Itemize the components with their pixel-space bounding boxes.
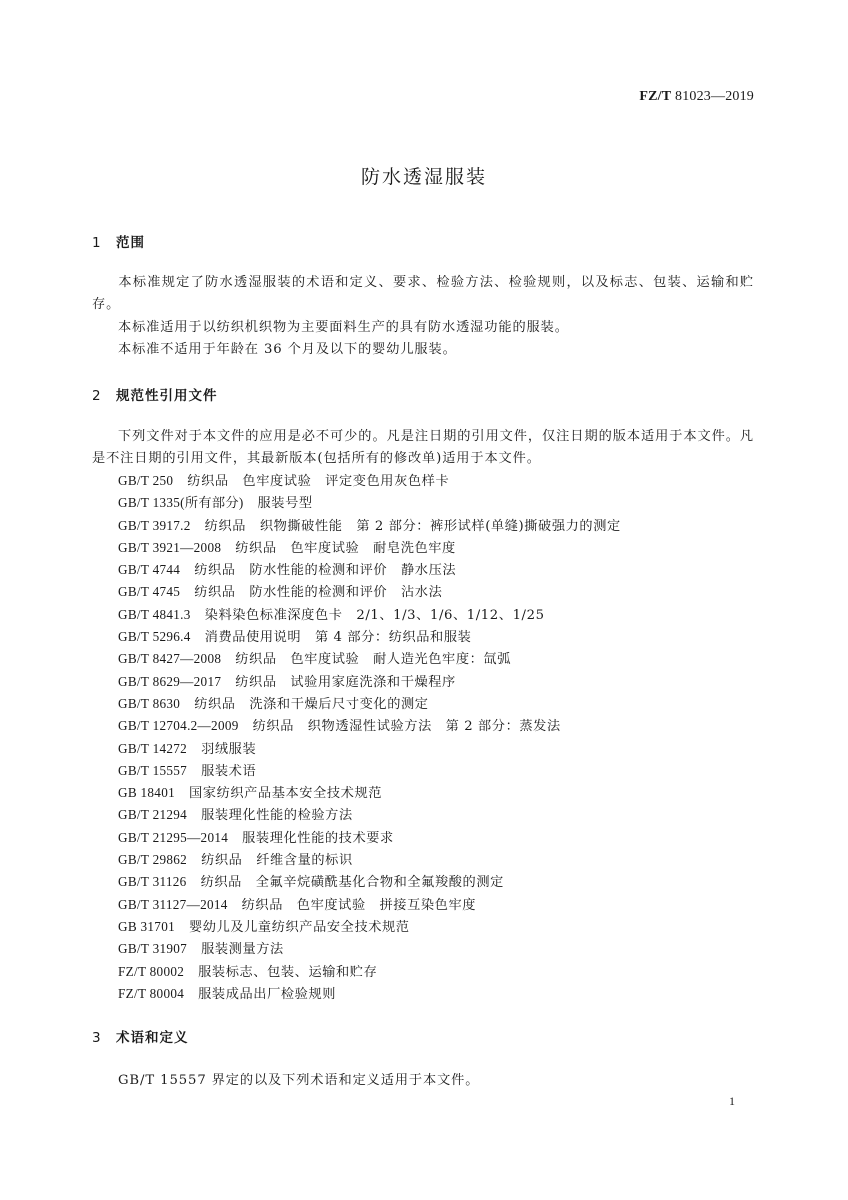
page-number: 1 (729, 1094, 735, 1109)
section-title: 规范性引用文件 (116, 388, 218, 404)
reference-item: GB/T 1335(所有部分)服装号型 (118, 492, 621, 514)
reference-item: GB/T 3921—2008纺织品 色牢度试验 耐皂洗色牢度 (118, 537, 621, 559)
reference-title: 服装号型 (258, 496, 313, 511)
standard-prefix: FZ/T (639, 89, 671, 104)
reference-title: 纺织品 防水性能的检测和评价 沾水法 (194, 585, 442, 600)
reference-code: GB/T 31907 (118, 941, 187, 956)
section-2-intro-paragraph: 下列文件对于本文件的应用是必不可少的。凡是注日期的引用文件，仅注日期的版本适用于… (92, 426, 754, 471)
reference-item: GB 18401国家纺织产品基本安全技术规范 (118, 782, 621, 804)
section-3-heading: 3术语和定义 (92, 1026, 189, 1046)
reference-code: GB/T 8427—2008 (118, 651, 221, 666)
reference-item: GB/T 29862纺织品 纤维含量的标识 (118, 849, 621, 871)
reference-code: FZ/T 80004 (118, 986, 184, 1001)
reference-code: GB/T 1335(所有部分) (118, 495, 244, 510)
reference-item: GB/T 4841.3染料染色标准深度色卡 2/1、1/3、1/6、1/12、1… (118, 604, 621, 626)
reference-title: 染料染色标准深度色卡 2/1、1/3、1/6、1/12、1/25 (205, 608, 545, 623)
reference-code: GB/T 4745 (118, 584, 180, 599)
reference-code: GB/T 29862 (118, 852, 187, 867)
reference-code: GB/T 4744 (118, 562, 180, 577)
reference-code: FZ/T 80002 (118, 964, 184, 979)
standard-number: 81023—2019 (675, 89, 754, 104)
reference-title: 服装成品出厂检验规则 (198, 987, 336, 1002)
section-1-paragraph-1: 本标准规定了防水透湿服装的术语和定义、要求、检验方法、检验规则，以及标志、包装、… (92, 272, 754, 317)
section-2-heading: 2规范性引用文件 (92, 384, 218, 404)
reference-code: GB/T 3921—2008 (118, 540, 221, 555)
reference-title: 纺织品 色牢度试验 评定变色用灰色样卡 (187, 474, 449, 489)
reference-item: GB/T 4745纺织品 防水性能的检测和评价 沾水法 (118, 581, 621, 603)
reference-title: 纺织品 纤维含量的标识 (201, 853, 353, 868)
section-title: 术语和定义 (116, 1030, 189, 1046)
reference-title: 服装理化性能的检验方法 (201, 808, 353, 823)
reference-item: GB/T 8630纺织品 洗涤和干燥后尺寸变化的测定 (118, 693, 621, 715)
reference-code: GB/T 21294 (118, 807, 187, 822)
reference-code: GB 18401 (118, 785, 175, 800)
reference-item: GB/T 5296.4消费品使用说明 第 4 部分：纺织品和服装 (118, 626, 621, 648)
section-number: 3 (92, 1030, 116, 1046)
reference-code: GB/T 21295—2014 (118, 830, 228, 845)
section-3-paragraph-1: GB/T 15557 界定的以及下列术语和定义适用于本文件。 (92, 1070, 754, 1092)
reference-code: GB/T 15557 (118, 763, 187, 778)
reference-title: 婴幼儿及儿童纺织产品安全技术规范 (189, 920, 410, 935)
reference-title: 纺织品 全氟辛烷磺酰基化合物和全氟羧酸的测定 (201, 875, 504, 890)
reference-item: GB/T 21295—2014服装理化性能的技术要求 (118, 827, 621, 849)
reference-item: GB/T 12704.2—2009纺织品 织物透湿性试验方法 第 2 部分：蒸发… (118, 715, 621, 737)
reference-code: GB/T 4841.3 (118, 607, 191, 622)
section-number: 2 (92, 388, 116, 404)
section-1-paragraph-3: 本标准不适用于年龄在 36 个月及以下的婴幼儿服装。 (92, 339, 754, 361)
reference-title: 羽绒服装 (201, 742, 256, 757)
paragraph-text: 本标准不适用于年龄在 36 个月及以下的婴幼儿服装。 (118, 342, 457, 357)
reference-item: GB/T 250纺织品 色牢度试验 评定变色用灰色样卡 (118, 470, 621, 492)
section-title: 范围 (116, 235, 145, 251)
document-title: 防水透湿服装 (0, 162, 848, 189)
normative-references-list: GB/T 250纺织品 色牢度试验 评定变色用灰色样卡 GB/T 1335(所有… (118, 470, 621, 1005)
reference-code: GB 31701 (118, 919, 175, 934)
reference-code: GB/T 8629—2017 (118, 674, 221, 689)
reference-code: GB/T 8630 (118, 696, 180, 711)
reference-title: 纺织品 色牢度试验 耐皂洗色牢度 (235, 541, 456, 556)
paragraph-text: 下列文件对于本文件的应用是必不可少的。凡是注日期的引用文件，仅注日期的版本适用于… (92, 429, 754, 466)
reference-item: GB/T 8427—2008纺织品 色牢度试验 耐人造光色牢度：氙弧 (118, 648, 621, 670)
section-number: 1 (92, 235, 116, 251)
reference-title: 服装测量方法 (201, 942, 284, 957)
reference-item: GB/T 21294服装理化性能的检验方法 (118, 804, 621, 826)
reference-item: GB/T 4744纺织品 防水性能的检测和评价 静水压法 (118, 559, 621, 581)
reference-item: GB/T 31907服装测量方法 (118, 938, 621, 960)
reference-item: GB 31701婴幼儿及儿童纺织产品安全技术规范 (118, 916, 621, 938)
reference-title: 纺织品 防水性能的检测和评价 静水压法 (194, 563, 456, 578)
reference-title: 服装术语 (201, 764, 256, 779)
standard-code: FZ/T 81023—2019 (639, 89, 754, 105)
reference-title: 纺织品 试验用家庭洗涤和干燥程序 (235, 675, 456, 690)
reference-code: GB/T 5296.4 (118, 629, 191, 644)
reference-code: GB/T 3917.2 (118, 518, 191, 533)
reference-item: GB/T 14272羽绒服装 (118, 738, 621, 760)
section-1-heading: 1范围 (92, 231, 145, 251)
reference-item: GB/T 8629—2017纺织品 试验用家庭洗涤和干燥程序 (118, 671, 621, 693)
reference-title: 服装标志、包装、运输和贮存 (198, 965, 377, 980)
reference-title: 国家纺织产品基本安全技术规范 (189, 786, 382, 801)
paragraph-text: 本标准规定了防水透湿服装的术语和定义、要求、检验方法、检验规则，以及标志、包装、… (92, 275, 754, 312)
paragraph-text: GB/T 15557 界定的以及下列术语和定义适用于本文件。 (118, 1073, 479, 1088)
reference-title: 纺织品 织物撕破性能 第 2 部分：裤形试样(单缝)撕破强力的测定 (205, 519, 621, 534)
reference-code: GB/T 31126 (118, 874, 187, 889)
reference-item: GB/T 31126纺织品 全氟辛烷磺酰基化合物和全氟羧酸的测定 (118, 871, 621, 893)
reference-title: 消费品使用说明 第 4 部分：纺织品和服装 (205, 630, 472, 645)
document-page: FZ/T 81023—2019 防水透湿服装 1范围 本标准规定了防水透湿服装的… (0, 0, 848, 1200)
reference-code: GB/T 12704.2—2009 (118, 718, 239, 733)
section-1-paragraph-2: 本标准适用于以纺织机织物为主要面料生产的具有防水透湿功能的服装。 (92, 317, 754, 339)
reference-title: 纺织品 织物透湿性试验方法 第 2 部分：蒸发法 (253, 719, 561, 734)
reference-code: GB/T 14272 (118, 741, 187, 756)
reference-item: GB/T 15557服装术语 (118, 760, 621, 782)
reference-code: GB/T 31127—2014 (118, 897, 228, 912)
reference-title: 纺织品 色牢度试验 拼接互染色牢度 (242, 898, 476, 913)
reference-item: FZ/T 80002服装标志、包装、运输和贮存 (118, 961, 621, 983)
reference-item: GB/T 3917.2纺织品 织物撕破性能 第 2 部分：裤形试样(单缝)撕破强… (118, 515, 621, 537)
reference-item: FZ/T 80004服装成品出厂检验规则 (118, 983, 621, 1005)
reference-title: 服装理化性能的技术要求 (242, 831, 394, 846)
reference-title: 纺织品 色牢度试验 耐人造光色牢度：氙弧 (235, 652, 511, 667)
reference-item: GB/T 31127—2014纺织品 色牢度试验 拼接互染色牢度 (118, 894, 621, 916)
paragraph-text: 本标准适用于以纺织机织物为主要面料生产的具有防水透湿功能的服装。 (118, 320, 569, 335)
reference-code: GB/T 250 (118, 473, 173, 488)
reference-title: 纺织品 洗涤和干燥后尺寸变化的测定 (194, 697, 428, 712)
